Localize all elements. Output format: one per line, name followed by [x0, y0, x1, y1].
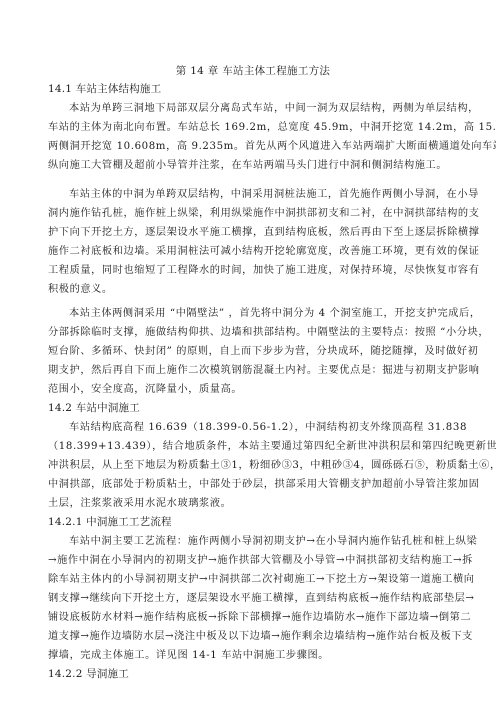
- text-line: →施作中洞在小导洞内的初期支护→施作拱部大管棚及小导管→中洞拱部初支结构施工→拆: [48, 551, 450, 570]
- paragraph: 车站结构底高程 16.639（18.399-0.56-1.2），中洞结构初支外缘…: [48, 418, 450, 513]
- section-heading-14-2-2: 14.2.2 导洞施工: [48, 665, 450, 684]
- text-line: 分部拆除临时支撑，施做结构仰拱、边墙和拱部结构。中隔壁法的主要特点：按照 “小分…: [48, 323, 450, 342]
- text-line: 车站的主体为南北向布置。车站总长 169.2m，总宽度 45.9m，中洞开挖宽 …: [48, 118, 450, 137]
- paragraph: 本站主体两侧洞采用 “中隔壁法” ，首先将中洞分为 4 个洞室施工，开挖支护完成…: [48, 304, 450, 399]
- chapter-title: 第 14 章 车站主体工程施工方法: [56, 62, 450, 80]
- text-line: 洞内施作钻孔桩，施作桩上纵梁，利用纵梁施作中洞拱部初支和二衬，在中洞拱部结构的支: [48, 204, 450, 223]
- paragraph: 本站为单跨三洞地下局部双层分离岛式车站，中间一洞为双层结构，两侧为单层结构， 车…: [48, 99, 450, 175]
- text-line: 期支护，然后再自下而上施作二次模筑钢筋混凝土内衬。主要优点是：掘进与初期支护影响: [48, 361, 450, 380]
- text-line: 车站结构底高程 16.639（18.399-0.56-1.2），中洞结构初支外缘…: [48, 418, 450, 437]
- paragraph: 车站主体的中洞为单跨双层结构，中洞采用洞桩法施工，首先施作两侧小导洞，在小导 洞…: [48, 185, 450, 299]
- section-heading-14-2-1: 14.2.1 中洞施工工艺流程: [48, 513, 450, 532]
- text-line: 道支撑→施作边墙防水层→浇注中板及以下边墙→施作剩余边墙结构→施作站台板及板下支: [48, 627, 450, 646]
- text-line: 冲洪积层，从上至下地层为粉质黏土③1，粉细砂③3，中粗砂③4，圆砾砾石⑤，粉质黏…: [48, 456, 450, 475]
- text-line: 施作二衬底板和边墙。采用洞桩法可减小结构开挖轮廓宽度，改善施工环境，更有效的保证: [48, 242, 450, 261]
- section-heading-14-1: 14.1 车站主体结构施工: [48, 80, 450, 99]
- text-line: （18.399+13.439），结合地质条件，本站主要通过第四纪全新世冲洪积层和…: [48, 437, 450, 456]
- text-line: 撑墙，完成主体施工。详见图 14-1 车站中洞施工步骤图。: [48, 646, 450, 665]
- text-line: 土层，注浆浆液采用水泥水玻璃浆液。: [48, 494, 450, 513]
- text-line: 车站中洞主要工艺流程：施作两侧小导洞初期支护→在小导洞内施作钻孔桩和桩上纵梁: [48, 532, 450, 551]
- document-page: 第 14 章 车站主体工程施工方法 14.1 车站主体结构施工 本站为单跨三洞地…: [48, 62, 450, 684]
- text-line: 积极的意义。: [48, 280, 450, 299]
- text-line: 两侧洞开挖宽 10.608m，高 9.235m。首先从两个风道进入车站两端扩大断…: [48, 137, 450, 156]
- text-line: 工程质量，同时也缩短了工程降水的时间，加快了施工进度，对保持环境，尽快恢复市容有: [48, 261, 450, 280]
- text-line: 铺设底板防水材料→施作结构底板→拆除下部横撑→施作边墙防水→施作下部边墙→倒第二: [48, 608, 450, 627]
- paragraph: 车站中洞主要工艺流程：施作两侧小导洞初期支护→在小导洞内施作钻孔桩和桩上纵梁 →…: [48, 532, 450, 665]
- text-line: 范围小，安全度高，沉降量小，质量高。: [48, 380, 450, 399]
- text-line: 纵向施工大管棚及超前小导管并注浆，在车站两端马头门进行中洞和侧洞结构施工。: [48, 156, 450, 175]
- text-line: 护下向下开挖土方，逐层架设水平施工横撑，直到结构底板，然后再由下至上逐层拆除横撑: [48, 223, 450, 242]
- text-line: 本站主体两侧洞采用 “中隔壁法” ，首先将中洞分为 4 个洞室施工，开挖支护完成…: [48, 304, 450, 323]
- text-line: 短台阶、多循环、快封闭” 的原则，自上而下步步为营，分块成环，随挖随撑，及时做好…: [48, 342, 450, 361]
- text-line: 本站为单跨三洞地下局部双层分离岛式车站，中间一洞为双层结构，两侧为单层结构，: [48, 99, 450, 118]
- text-line: 除车站主体内的小导洞初期支护→中洞拱部二次衬砌施工→下挖土方→架设第一道施工横向: [48, 570, 450, 589]
- text-line: 中洞拱部，底部处于粉质粘土，中部处于砂层，拱部采用大管棚支护加超前小导管注浆加固: [48, 475, 450, 494]
- text-line: 车站主体的中洞为单跨双层结构，中洞采用洞桩法施工，首先施作两侧小导洞，在小导: [48, 185, 450, 204]
- text-line: 钢支撑→继续向下开挖土方，逐层架设水平施工横撑，直到结构底板→施作结构底部垫层→: [48, 589, 450, 608]
- section-heading-14-2: 14.2 车站中洞施工: [48, 399, 450, 418]
